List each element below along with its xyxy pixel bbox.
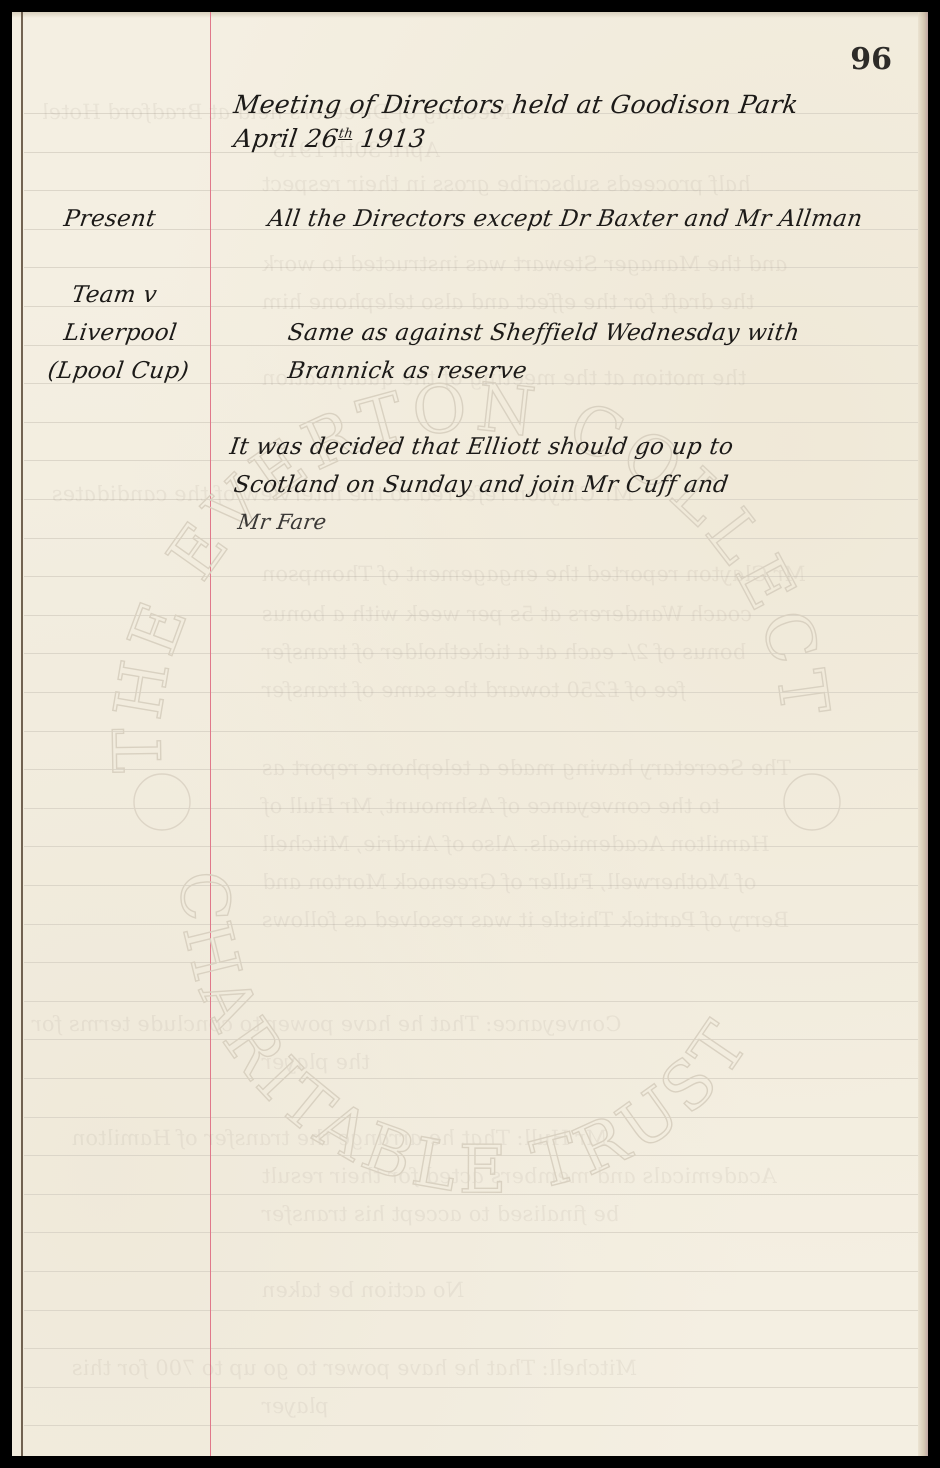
margin-label: (Lpool Cup) [46, 358, 190, 384]
ruled-line [24, 1348, 918, 1349]
ruled-line [24, 1117, 918, 1118]
ruled-line [24, 538, 918, 539]
ruled-line [24, 1232, 918, 1233]
page-right-edge [918, 12, 928, 1456]
ruled-line [24, 962, 918, 963]
entry-text: Scotland on Sunday and join Mr Cuff and [232, 472, 730, 498]
page-top-shadow [12, 12, 928, 18]
entry-text: Brannick as reserve [286, 358, 529, 384]
entry-text: It was decided that Elliott should go up… [228, 434, 735, 460]
date-day: April 26 [232, 124, 340, 153]
ruled-line [24, 1387, 918, 1388]
red-margin-rule [210, 12, 211, 1456]
ruled-line [24, 1271, 918, 1272]
date-ordinal: th [338, 127, 354, 142]
ruled-line [24, 1039, 918, 1040]
meeting-heading: Meeting of Directors held at Goodison Pa… [232, 90, 800, 119]
ruled-line [24, 460, 918, 461]
meeting-date: April 26th 1913 [232, 124, 428, 153]
ruled-line [24, 1155, 918, 1156]
ruled-line [24, 1078, 918, 1079]
ruled-line [24, 1194, 918, 1195]
ruled-line [24, 1001, 918, 1002]
entry-text: Same as against Sheffield Wednesday with [286, 320, 801, 346]
date-year: 1913 [359, 124, 428, 153]
margin-label: Team v [70, 282, 158, 308]
entry-text: All the Directors except Dr Baxter and M… [266, 206, 864, 232]
ruled-line [24, 1425, 918, 1426]
ruled-line [24, 422, 918, 423]
ruled-line [24, 731, 918, 732]
binding-edge-line [21, 12, 23, 1456]
ruled-line [24, 1310, 918, 1311]
margin-label: Present [62, 206, 157, 232]
ruled-line [24, 152, 918, 153]
page-number: 96 [850, 42, 892, 77]
margin-label: Liverpool [62, 320, 178, 346]
minute-book-page: Meeting of Directors held at Bradford Ho… [12, 12, 928, 1456]
entry-text: Mr Fare [236, 510, 328, 534]
